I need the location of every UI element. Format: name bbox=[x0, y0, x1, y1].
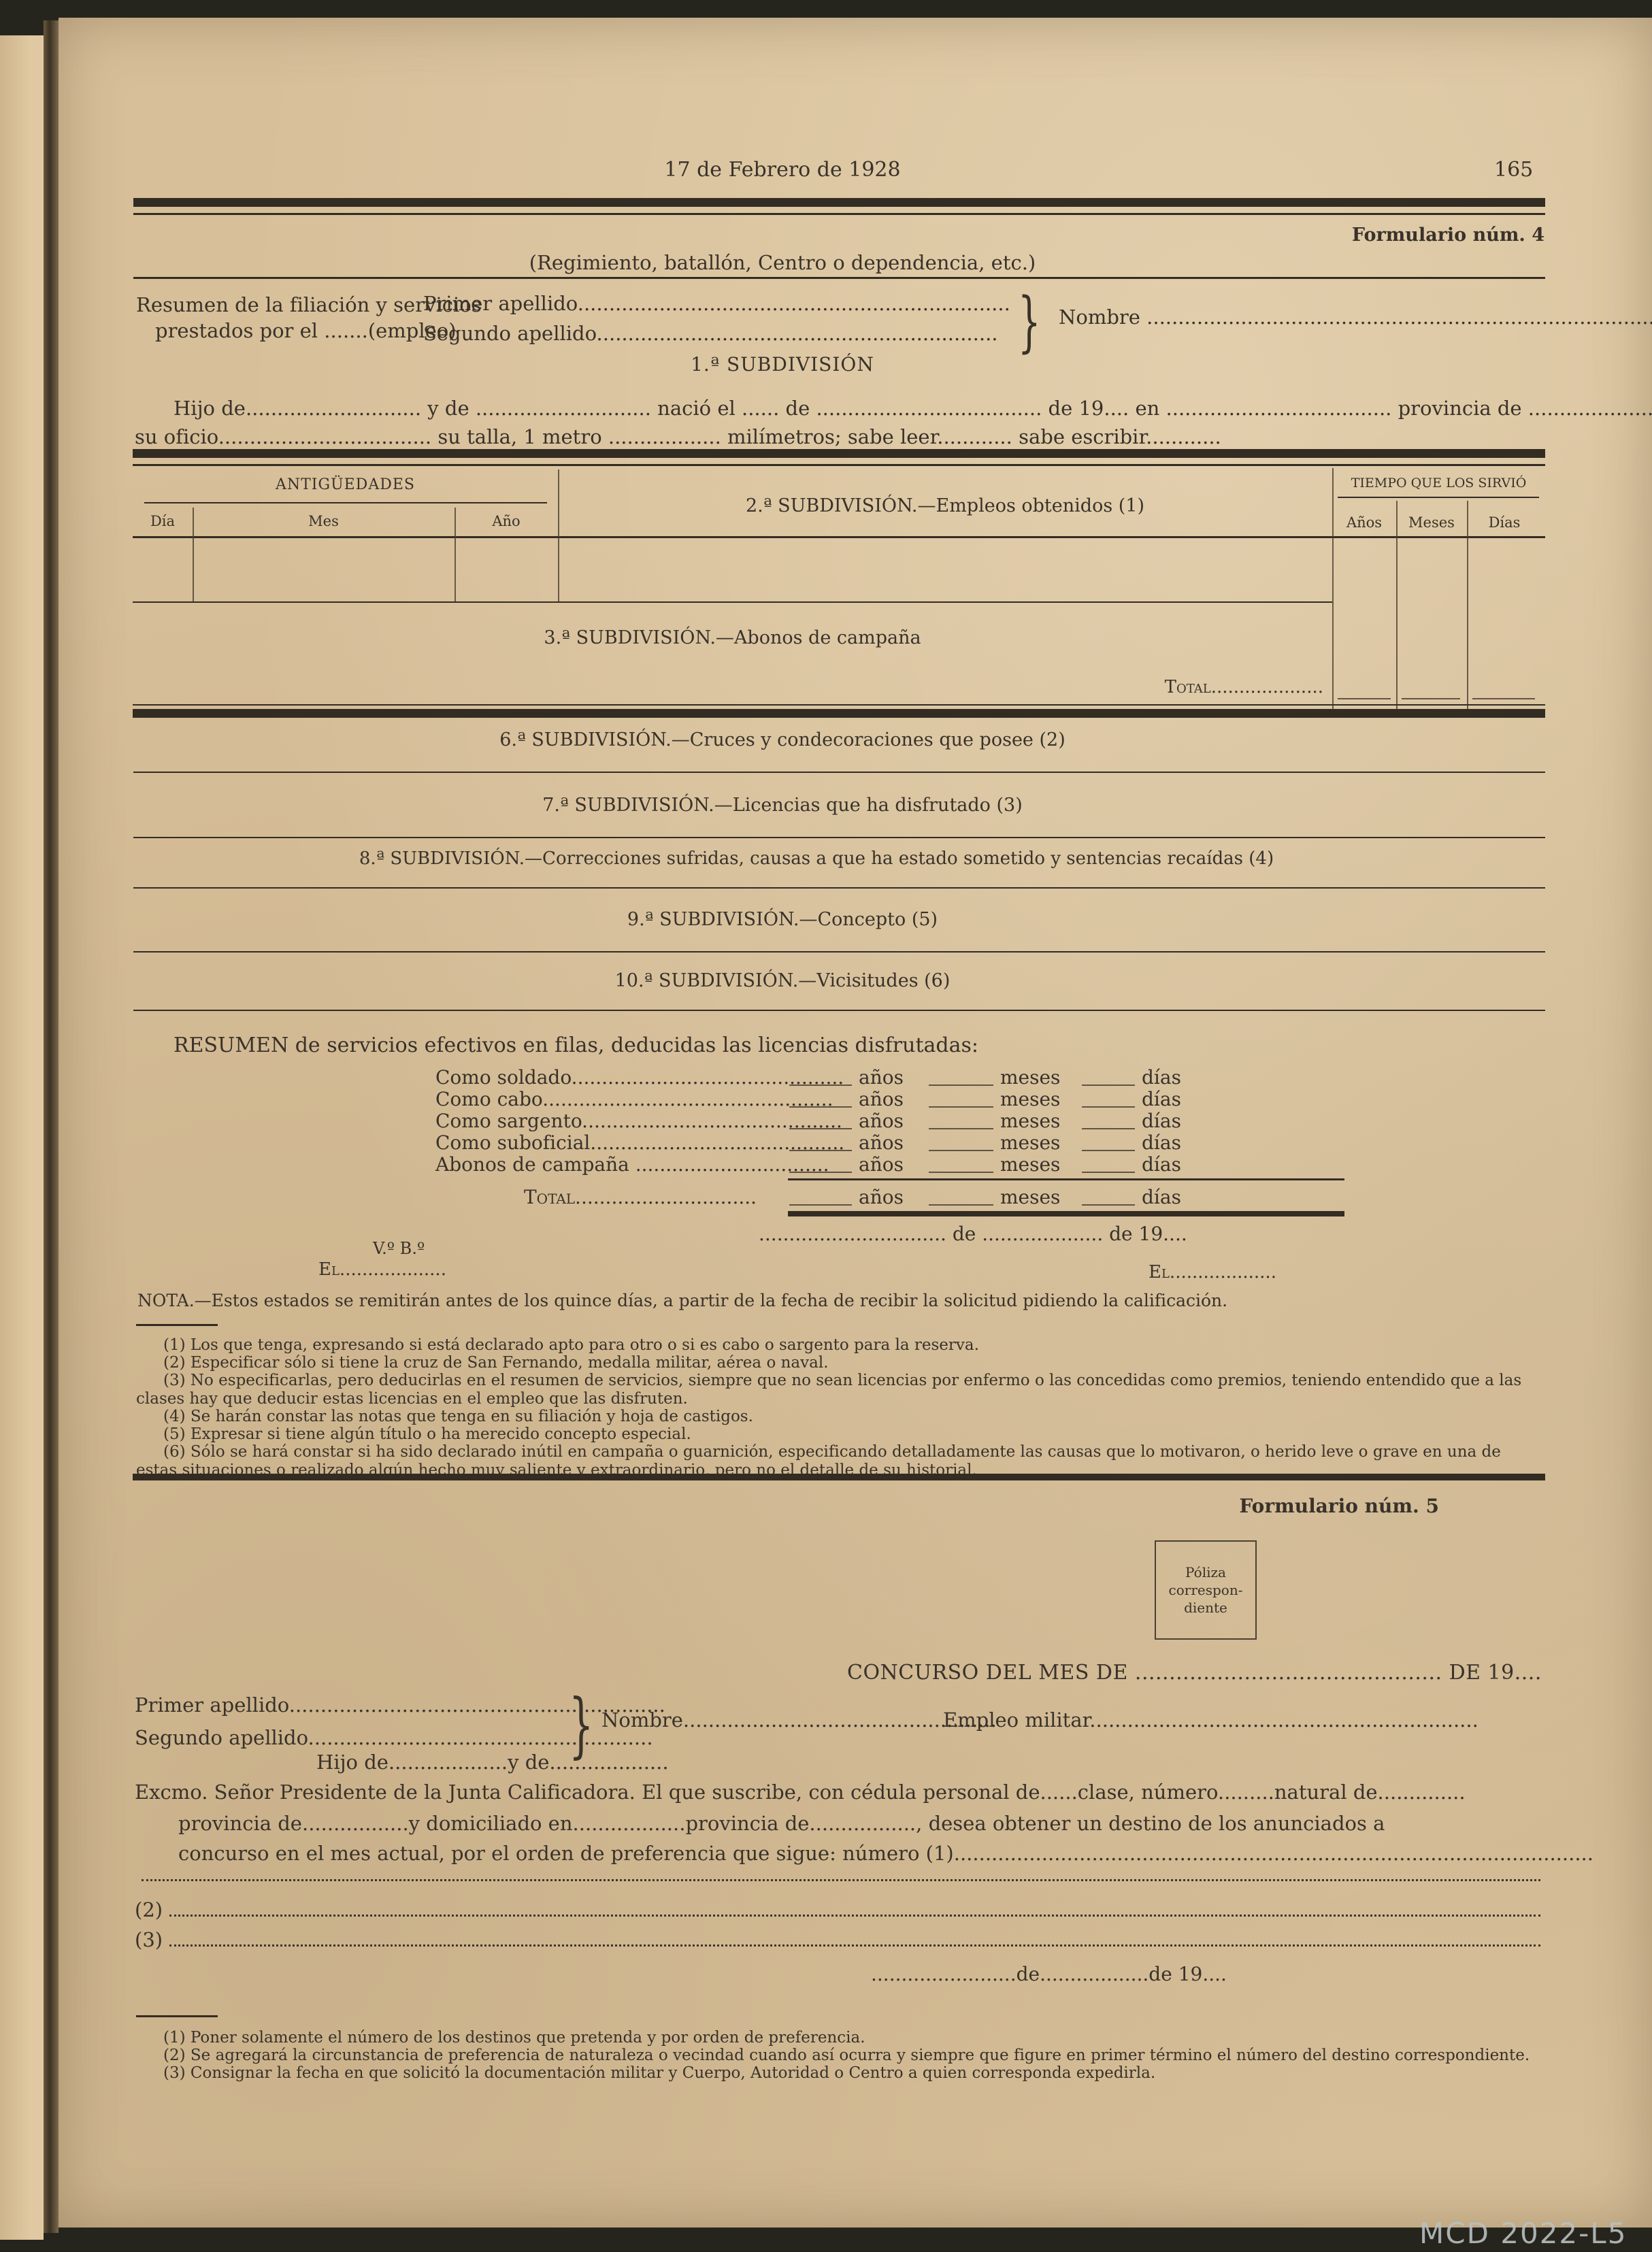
unit-dias: días bbox=[1142, 1089, 1181, 1110]
unit-meses: meses bbox=[1000, 1187, 1060, 1208]
blank-field bbox=[1082, 1084, 1135, 1086]
date-header: 17 de Febrero de 1928 bbox=[476, 159, 1089, 182]
footnote: (5) Expresar si tiene algún título o ha … bbox=[136, 1425, 1546, 1443]
blank-field bbox=[1082, 1172, 1135, 1173]
item2-label: (2) bbox=[135, 1898, 163, 1921]
table-col-dias: Días bbox=[1467, 514, 1542, 531]
form-separator-rule bbox=[133, 1474, 1545, 1480]
table-vline-anos-meses bbox=[1396, 501, 1398, 709]
dotted-leader bbox=[169, 1914, 1540, 1917]
blank-field bbox=[1082, 1150, 1135, 1151]
tiempo-underline bbox=[1338, 497, 1539, 498]
scanned-gazette-page: 17 de Febrero de 1928 165 Formulario núm… bbox=[0, 0, 1652, 2252]
unit-dias: días bbox=[1142, 1154, 1181, 1176]
form5-body-line1: Excmo. Señor Presidente de la Junta Cali… bbox=[135, 1781, 1466, 1804]
poliza-text-line3: diente bbox=[1156, 1599, 1255, 1617]
blank-field bbox=[789, 1204, 852, 1206]
unit-dias: días bbox=[1142, 1187, 1181, 1208]
blank-field bbox=[789, 1106, 852, 1108]
form4-sub10-title: 10.ª SUBDIVISIÓN.—Vicisitudes (6) bbox=[293, 970, 1272, 991]
table-total-label: Total.................... bbox=[987, 678, 1323, 698]
table-sub2-title: 2.ª SUBDIVISIÓN.—Empleos obtenidos (1) bbox=[558, 495, 1332, 516]
form4-nota: NOTA.—Estos estados se remitirán antes d… bbox=[137, 1291, 1227, 1311]
blank-field bbox=[929, 1172, 993, 1173]
form4-sub9-title: 9.ª SUBDIVISIÓN.—Concepto (5) bbox=[293, 909, 1272, 930]
table-col-dia: Día bbox=[133, 513, 193, 529]
antiguedades-underline bbox=[144, 502, 547, 503]
unit-meses: meses bbox=[1000, 1089, 1060, 1110]
poliza-stamp-box: Póliza correspon- diente bbox=[1155, 1540, 1257, 1640]
form4-second-surname-field: Segundo apellido........................… bbox=[423, 322, 998, 345]
form5-item2-line: (2) bbox=[135, 1897, 1544, 1921]
form4-sub8-title: 8.ª SUBDIVISIÓN.—Correcciones sufridas, … bbox=[204, 849, 1429, 870]
table-col-anos: Años bbox=[1332, 514, 1396, 531]
table-col-ano: Año bbox=[455, 513, 558, 529]
table-tiempo-header: TIEMPO QUE LOS SIRVIÓ bbox=[1332, 476, 1545, 491]
total-blank-anos bbox=[1338, 698, 1391, 699]
archive-watermark: MCD 2022-L5 bbox=[1419, 2217, 1627, 2250]
form5-body-line3: concurso en el mes actual, por el orden … bbox=[178, 1842, 1593, 1865]
form5-footnotes: (1) Poner solamente el número de los des… bbox=[136, 2029, 1546, 2083]
vb-label: V.º B.º bbox=[373, 1240, 425, 1259]
footnote: (4) Se harán constar las notas que tenga… bbox=[136, 1408, 1546, 1425]
form5-empleo-field: Empleo militar..........................… bbox=[943, 1709, 1478, 1732]
header-rule-thin bbox=[133, 213, 1545, 215]
form4-name-field: Nombre .................................… bbox=[1059, 306, 1652, 329]
footnote: (3) Consignar la fecha en que solicitó l… bbox=[136, 2064, 1546, 2082]
form4-hijo-line: Hijo de............................ y de… bbox=[174, 397, 1652, 420]
form5-body-line2: provincia de.................y domicilia… bbox=[178, 1812, 1385, 1835]
rule-after-sub9 bbox=[133, 951, 1545, 953]
unit-meses: meses bbox=[1000, 1110, 1060, 1132]
blank-field bbox=[1082, 1204, 1135, 1206]
footnote-separator-5 bbox=[136, 2015, 218, 2017]
table-top-rule-thick bbox=[133, 449, 1545, 458]
blank-field bbox=[929, 1128, 993, 1129]
item3-label: (3) bbox=[135, 1928, 163, 1951]
unit-dias: días bbox=[1142, 1067, 1181, 1089]
form4-sub6-title: 6.ª SUBDIVISIÓN.—Cruces y condecoracione… bbox=[293, 729, 1272, 750]
unit-meses: meses bbox=[1000, 1154, 1060, 1176]
unit-meses: meses bbox=[1000, 1067, 1060, 1089]
blank-field bbox=[789, 1128, 852, 1129]
table-bottom-rule-thin bbox=[133, 704, 1545, 706]
resumen-row-sargento: Como sargento...........................… bbox=[435, 1110, 842, 1132]
footnote: (3) No especificarlas, pero deducirlas e… bbox=[136, 1372, 1546, 1407]
rule-after-sub10 bbox=[133, 1010, 1545, 1011]
rule-after-sub8 bbox=[133, 887, 1545, 889]
form5-date-line: ........................de..............… bbox=[871, 1964, 1227, 1985]
header-rule-thick bbox=[133, 198, 1545, 207]
blank-field bbox=[789, 1084, 852, 1086]
unit-anos: años bbox=[859, 1067, 904, 1089]
rule-after-sub6 bbox=[133, 772, 1545, 773]
form4-first-surname-field: Primer apellido.........................… bbox=[423, 293, 1010, 315]
total-blank-dias bbox=[1472, 698, 1535, 699]
unit-anos: años bbox=[859, 1089, 904, 1110]
table-sub3-title: 3.ª SUBDIVISIÓN.—Abonos de campaña bbox=[133, 627, 1332, 648]
blank-field bbox=[789, 1150, 852, 1151]
blank-field bbox=[1082, 1128, 1135, 1129]
unit-anos: años bbox=[859, 1154, 904, 1176]
blank-field bbox=[1082, 1106, 1135, 1108]
book-fold-shadow bbox=[44, 20, 59, 2233]
table-vline-dia-mes bbox=[193, 508, 194, 601]
dotted-leader bbox=[169, 1944, 1540, 1947]
blank-field bbox=[929, 1204, 993, 1206]
adjacent-page-edge bbox=[0, 35, 44, 2240]
form4-unit-caption: (Regimiento, batallón, Centro o dependen… bbox=[293, 252, 1272, 274]
footnote-separator-4 bbox=[136, 1324, 218, 1326]
form4-sub7-title: 7.ª SUBDIVISIÓN.—Licencias que ha disfru… bbox=[293, 795, 1272, 816]
unit-anos: años bbox=[859, 1110, 904, 1132]
poliza-text-line1: Póliza bbox=[1156, 1563, 1255, 1581]
form4-sub1-title: 1.ª SUBDIVISIÓN bbox=[293, 354, 1272, 376]
table-antiguedades-header: ANTIGÜEDADES bbox=[133, 476, 558, 493]
resumen-total-bottomline bbox=[788, 1211, 1344, 1216]
form5-item3-line: (3) bbox=[135, 1927, 1544, 1951]
resumen-row-cabo: Como cabo...............................… bbox=[435, 1089, 833, 1110]
blank-field bbox=[789, 1172, 852, 1173]
footnote: (2) Se agregará la circunstancia de pref… bbox=[136, 2047, 1546, 2064]
footnote: (1) Poner solamente el número de los des… bbox=[136, 2029, 1546, 2047]
dotted-blank-line bbox=[135, 1864, 1544, 1886]
resumen-title: RESUMEN de servicios efectivos en filas,… bbox=[174, 1034, 978, 1058]
unit-dias: días bbox=[1142, 1110, 1181, 1132]
footnote: (2) Especificar sólo si tiene la cruz de… bbox=[136, 1354, 1546, 1372]
resumen-row-soldado: Como soldado............................… bbox=[435, 1067, 844, 1089]
table-vline-antig-sub2 bbox=[558, 469, 559, 601]
table-vline-sub2-tiempo bbox=[1332, 468, 1334, 709]
form4-intro-line2: prestados por el .......(empleo) bbox=[155, 320, 457, 342]
resumen-total-label: Total.............................. bbox=[524, 1187, 757, 1208]
footnote: (1) Los que tenga, expresando si está de… bbox=[136, 1336, 1546, 1354]
table-vline-mes-ano bbox=[455, 508, 456, 601]
resumen-row-abonos: Abonos de campaña ......................… bbox=[435, 1154, 829, 1176]
caption-underline bbox=[133, 277, 1545, 279]
table-top-rule-thin bbox=[133, 464, 1545, 466]
table-col-meses: Meses bbox=[1396, 514, 1467, 531]
rule-after-sub7 bbox=[133, 837, 1545, 838]
surname-brace: } bbox=[1018, 284, 1041, 359]
table-mid-rule bbox=[133, 601, 1332, 603]
form5-name-field: Nombre..................................… bbox=[601, 1709, 997, 1732]
form5-hijo-line: Hijo de...................y de..........… bbox=[316, 1751, 669, 1774]
blank-field bbox=[929, 1150, 993, 1151]
table-vline-meses-dias bbox=[1467, 501, 1468, 709]
page-number: 165 bbox=[1494, 159, 1533, 182]
poliza-text-line2: correspon- bbox=[1156, 1581, 1255, 1599]
form5-label: Formulario núm. 5 bbox=[1089, 1495, 1439, 1517]
unit-meses: meses bbox=[1000, 1132, 1060, 1154]
dotted-leader bbox=[142, 1878, 1540, 1881]
unit-anos: años bbox=[859, 1187, 904, 1208]
page-paper bbox=[59, 18, 1652, 2228]
resumen-row-suboficial: Como suboficial.........................… bbox=[435, 1132, 844, 1154]
signature-el-left: El................... bbox=[318, 1260, 446, 1280]
form4-oficio-line: su oficio...............................… bbox=[135, 426, 1221, 448]
table-col-mes: Mes bbox=[193, 513, 455, 529]
signature-el-right: El................... bbox=[1149, 1263, 1276, 1283]
form4-label: Formulario núm. 4 bbox=[1089, 225, 1544, 246]
blank-field bbox=[929, 1106, 993, 1108]
blank-field bbox=[929, 1084, 993, 1086]
form4-footnotes: (1) Los que tenga, expresando si está de… bbox=[136, 1336, 1546, 1479]
unit-dias: días bbox=[1142, 1132, 1181, 1154]
table-bottom-rule-thick bbox=[133, 709, 1545, 718]
unit-anos: años bbox=[859, 1132, 904, 1154]
total-blank-meses bbox=[1402, 698, 1460, 699]
form5-concurso-line: CONCURSO DEL MES DE ....................… bbox=[847, 1661, 1542, 1685]
resumen-total-topline bbox=[788, 1178, 1344, 1180]
form4-date-line: ............................... de .....… bbox=[759, 1223, 1187, 1245]
